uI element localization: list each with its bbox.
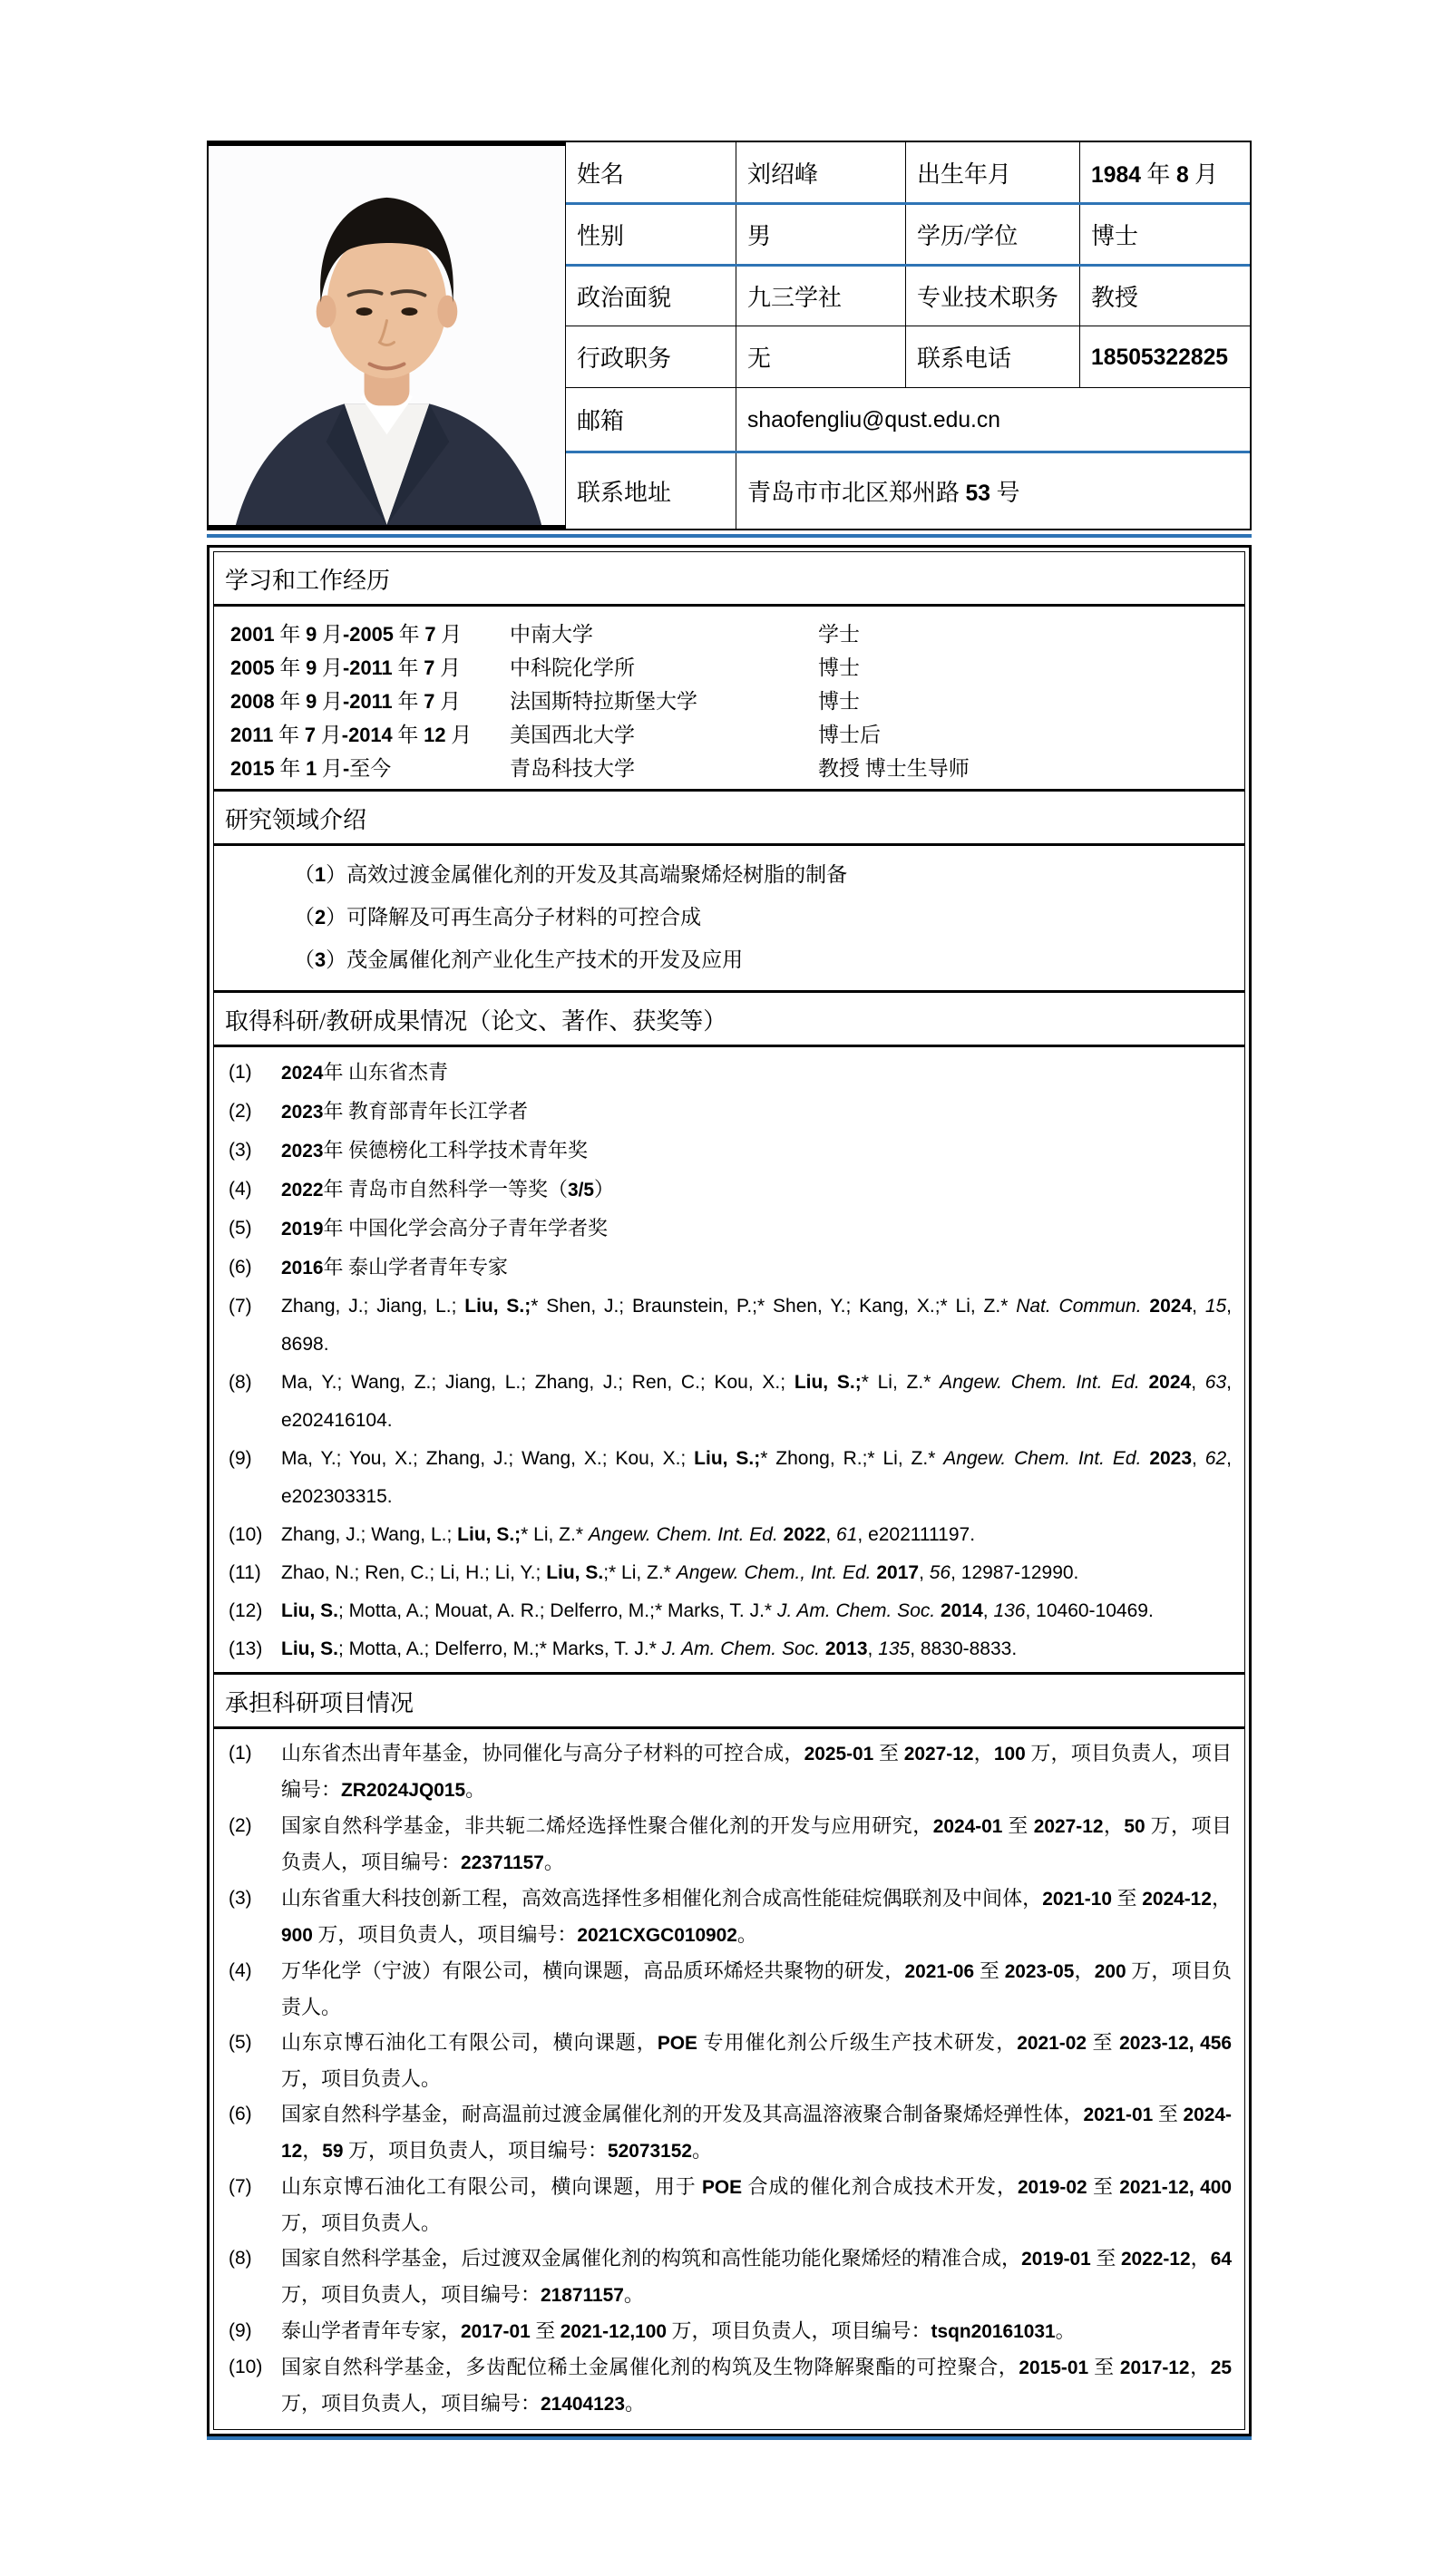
research-area-item: （3）茂金属催化剂产业化生产技术的开发及应用 [294, 938, 1230, 981]
publication-text-run: 56 [930, 1562, 950, 1583]
latin-text: 2024-12 [1142, 1889, 1212, 1910]
item-text: 国家自然科学基金，多齿配位稀土金属催化剂的构筑及生物降解聚酯的可控聚合，2015… [281, 2349, 1232, 2422]
education-period: 2005 年 9 月-2011 年 7 月 [230, 651, 510, 681]
education-degree: 博士后 [818, 718, 1230, 748]
latin-text: 2023 [281, 1102, 323, 1123]
item-number: (1) [229, 1054, 281, 1093]
latin-text: 2025-01 [804, 1744, 874, 1764]
publication-text-run: , [919, 1562, 930, 1583]
publication-text-run: , [983, 1600, 994, 1621]
item-number: (10) [229, 2349, 281, 2422]
publication-item: (12)Liu, S.; Motta, A.; Mouat, A. R.; De… [229, 1592, 1232, 1630]
publication-text-run: 2024 [1148, 1372, 1191, 1393]
item-number: (6) [229, 1249, 281, 1288]
latin-text: 2005 [230, 656, 275, 679]
latin-text: 2021-12, [1119, 2177, 1194, 2198]
project-item: (6)国家自然科学基金，耐高温前过渡金属催化剂的开发及其高温溶液聚合制备聚烯烃弹… [229, 2096, 1232, 2169]
latin-text: 2024-01 [933, 1816, 1003, 1837]
publication-text-run: Zhao, N.; Ren, C.; Li, H.; Li, Y.; [281, 1562, 546, 1583]
latin-text: shaofengliu@qust.edu.cn [747, 408, 1000, 433]
publication-text-run [1141, 1448, 1149, 1469]
publication-text-run: Ma, Y.; Wang, Z.; Jiang, L.; Zhang, J.; … [281, 1372, 794, 1393]
achievement-item: (1)2024年 山东省杰青 [229, 1054, 1232, 1093]
latin-text: 7 [305, 724, 316, 746]
education-list: 2001 年 9 月-2005 年 7 月中南大学学士2005 年 9 月-20… [214, 607, 1244, 789]
latin-text: ZR2024JQ015 [341, 1780, 465, 1801]
field-label: 邮箱 [566, 388, 736, 451]
latin-text: 200 [1095, 1961, 1126, 1982]
field-value: 18505322825 [1080, 344, 1250, 371]
field-value: shaofengliu@qust.edu.cn [736, 406, 1250, 433]
education-institution: 青岛科技大学 [510, 752, 818, 782]
item-text: 山东京博石油化工有限公司，横向课题，用于 POE 合成的催化剂合成技术开发，20… [281, 2169, 1232, 2241]
publication-item: (8)Ma, Y.; Wang, Z.; Jiang, L.; Zhang, J… [229, 1364, 1232, 1440]
blue-divider-bottom [207, 2436, 1252, 2440]
publication-text-run: Liu, S. [281, 1600, 338, 1621]
latin-text: 9 [306, 656, 317, 679]
field-value: 青岛市市北区郑州路 53 号 [736, 474, 1250, 508]
item-text: 国家自然科学基金，后过渡双金属催化剂的构筑和高性能功能化聚烯烃的精准合成，201… [281, 2241, 1232, 2313]
item-number: (4) [229, 1953, 281, 2025]
item-text: Liu, S.; Motta, A.; Delferro, M.;* Marks… [281, 1630, 1232, 1668]
item-text: 2016年 泰山学者青年专家 [281, 1249, 1232, 1288]
latin-text: 2023-05 [1005, 1961, 1075, 1982]
faculty-profile-page: 姓名刘绍峰出生年月1984 年 8 月性别男学历/学位博士政治面貌九三学社专业技… [0, 0, 1433, 2576]
project-item: (7)山东京博石油化工有限公司，横向课题，用于 POE 合成的催化剂合成技术开发… [229, 2169, 1232, 2241]
latin-text: POE [702, 2177, 742, 2198]
field-label: 行政职务 [566, 326, 736, 387]
education-degree: 教授 博士生导师 [818, 752, 1230, 782]
publication-text-run: * Shen, J.; Braunstein, P.;* Shen, Y.; K… [531, 1296, 1016, 1317]
latin-text: 2023-12, [1119, 2033, 1194, 2054]
publication-text-run: Ma, Y.; You, X.; Zhang, J.; Wang, X.; Ko… [281, 1448, 694, 1469]
project-item: (5)山东京博石油化工有限公司，横向课题，POE 专用催化剂公斤级生产技术研发，… [229, 2025, 1232, 2096]
latin-text: 1 [315, 863, 326, 886]
latin-text: 2021-02 [1017, 2033, 1087, 2054]
latin-text: 456 [1200, 2033, 1232, 2054]
publication-text-run: , [1191, 1372, 1205, 1393]
latin-text: 2021-12,100 [561, 2321, 667, 2342]
latin-text: -2011 [343, 690, 393, 713]
research-area-item: （2）可降解及可再生高分子材料的可控合成 [294, 896, 1230, 938]
latin-text: POE [658, 2033, 697, 2054]
publication-text-run: * Li, Z.* [521, 1524, 589, 1545]
latin-text: 2017-12 [1120, 2357, 1190, 2378]
achievement-item: (4)2022年 青岛市自然科学一等奖（3/5） [229, 1171, 1232, 1210]
latin-text: 2021-10 [1042, 1889, 1112, 1910]
achievements-list: (1)2024年 山东省杰青(2)2023年 教育部青年长江学者(3)2023年… [214, 1047, 1244, 1672]
latin-text: 2008 [230, 690, 275, 713]
section-header-achievements: 取得科研/教研成果情况（论文、著作、获奖等） [214, 990, 1244, 1047]
latin-text: 2016 [281, 1258, 323, 1278]
item-number: (12) [229, 1592, 281, 1630]
project-item: (10)国家自然科学基金，多齿配位稀土金属催化剂的构筑及生物降解聚酯的可控聚合，… [229, 2349, 1232, 2422]
item-number: (3) [229, 1132, 281, 1171]
field-value: 无 [736, 326, 906, 387]
cv-sections-inner: 学习和工作经历 2001 年 9 月-2005 年 7 月中南大学学士2005 … [213, 551, 1245, 2430]
field-label: 学历/学位 [906, 205, 1080, 264]
latin-text: 2019 [281, 1219, 323, 1239]
project-item: (8)国家自然科学基金，后过渡双金属催化剂的构筑和高性能功能化聚烯烃的精准合成，… [229, 2241, 1232, 2313]
latin-text: 2024 [281, 1063, 323, 1084]
table-row: 行政职务无联系电话18505322825 [566, 326, 1250, 387]
field-label: 联系地址 [566, 453, 736, 529]
achievement-item: (2)2023年 教育部青年长江学者 [229, 1093, 1232, 1132]
latin-text: 2011 [230, 724, 273, 746]
item-number: (5) [229, 2025, 281, 2096]
latin-text: 2019-02 [1018, 2177, 1087, 2198]
publication-item: (9)Ma, Y.; You, X.; Zhang, J.; Wang, X.;… [229, 1440, 1232, 1516]
education-institution: 中科院化学所 [510, 651, 818, 681]
latin-text: 25 [1211, 2357, 1232, 2378]
field-label: 政治面貌 [566, 267, 736, 326]
publication-text-run: Angew. Chem. Int. Ed. [589, 1524, 778, 1545]
education-degree: 博士 [818, 651, 1230, 681]
latin-text: 21871157 [541, 2285, 624, 2306]
project-item: (1)山东省杰出青年基金，协同催化与高分子材料的可控合成，2025-01 至 2… [229, 1735, 1232, 1808]
education-row: 2015 年 1 月-至今青岛科技大学教授 博士生导师 [230, 750, 1230, 783]
item-number: (9) [229, 1440, 281, 1516]
field-label: 专业技术职务 [906, 267, 1080, 326]
publication-text-run: * Li, Z.* [862, 1372, 940, 1393]
latin-text: 9 [306, 690, 317, 713]
publication-text-run: , 8830-8833. [910, 1638, 1017, 1659]
latin-text: - [343, 757, 349, 780]
education-row: 2005 年 9 月-2011 年 7 月中科院化学所博士 [230, 649, 1230, 683]
item-text: 山东京博石油化工有限公司，横向课题，POE 专用催化剂公斤级生产技术研发，202… [281, 2025, 1232, 2096]
field-label: 性别 [566, 205, 736, 264]
latin-text: 50 [1124, 1816, 1145, 1837]
latin-text: 7 [424, 656, 434, 679]
publication-text-run: , [825, 1524, 836, 1545]
profile-info-table: 姓名刘绍峰出生年月1984 年 8 月性别男学历/学位博士政治面貌九三学社专业技… [207, 141, 1252, 530]
education-period: 2008 年 9 月-2011 年 7 月 [230, 685, 510, 714]
item-text: Zhang, J.; Wang, L.; Liu, S.;* Li, Z.* A… [281, 1516, 1232, 1554]
latin-text: 64 [1211, 2249, 1232, 2270]
education-institution: 美国西北大学 [510, 718, 818, 748]
education-period: 2015 年 1 月-至今 [230, 752, 510, 782]
latin-text: 52073152 [608, 2141, 692, 2162]
publication-item: (10)Zhang, J.; Wang, L.; Liu, S.;* Li, Z… [229, 1516, 1232, 1554]
item-number: (2) [229, 1808, 281, 1881]
publication-text-run: 2022 [784, 1524, 826, 1545]
education-institution: 中南大学 [510, 617, 818, 647]
latin-text: 2022 [281, 1180, 323, 1201]
latin-text: -2014 [342, 724, 393, 746]
publication-text-run: , [1192, 1448, 1205, 1469]
cv-sections-box: 学习和工作经历 2001 年 9 月-2005 年 7 月中南大学学士2005 … [207, 545, 1252, 2436]
latin-text: 100 [994, 1744, 1026, 1764]
publication-item: (7)Zhang, J.; Jiang, L.; Liu, S.;* Shen,… [229, 1288, 1232, 1364]
achievement-item: (3)2023年 侯德榜化工科学技术青年奖 [229, 1132, 1232, 1171]
item-text: 山东省杰出青年基金，协同催化与高分子材料的可控合成，2025-01 至 2027… [281, 1735, 1232, 1808]
item-text: 山东省重大科技创新工程，高效高选择性多相催化剂合成高性能硅烷偶联剂及中间体，20… [281, 1881, 1232, 1953]
publication-text-run: Nat. Commun. [1016, 1296, 1141, 1317]
projects-list: (1)山东省杰出青年基金，协同催化与高分子材料的可控合成，2025-01 至 2… [214, 1729, 1244, 2425]
item-number: (5) [229, 1210, 281, 1249]
latin-text: 53 [966, 481, 990, 506]
latin-text: 2015-01 [1019, 2357, 1088, 2378]
publication-text-run: ; Motta, A.; Delferro, M.;* Marks, T. J.… [338, 1638, 662, 1659]
item-text: 2023年 教育部青年长江学者 [281, 1093, 1232, 1132]
publication-text-run: * Zhong, R.;* Li, Z.* [760, 1448, 943, 1469]
publication-text-run: 2013 [825, 1638, 868, 1659]
field-value: 1984 年 8 月 [1080, 156, 1250, 190]
latin-text: 9 [306, 623, 317, 646]
publication-text-run: 63 [1205, 1372, 1226, 1393]
publication-text-run: 2023 [1149, 1448, 1192, 1469]
profile-fields: 姓名刘绍峰出生年月1984 年 8 月性别男学历/学位博士政治面貌九三学社专业技… [566, 142, 1250, 529]
publication-text-run: 135 [878, 1638, 910, 1659]
achievement-item: (5)2019年 中国化学会高分子青年学者奖 [229, 1210, 1232, 1249]
education-row: 2001 年 9 月-2005 年 7 月中南大学学士 [230, 616, 1230, 649]
table-row: 姓名刘绍峰出生年月1984 年 8 月 [566, 142, 1250, 202]
field-label: 联系电话 [906, 326, 1080, 387]
latin-text: 7 [424, 690, 434, 713]
latin-text: 1 [306, 757, 317, 780]
latin-text: 2021-06 [904, 1961, 974, 1982]
item-text: 万华化学（宁波）有限公司，横向课题，高品质环烯烃共聚物的研发，2021-06 至… [281, 1953, 1232, 2025]
field-label: 姓名 [566, 142, 736, 202]
section-header-experience: 学习和工作经历 [214, 552, 1244, 607]
publication-text-run: J. Am. Chem. Soc. [777, 1600, 935, 1621]
item-text: 国家自然科学基金，非共轭二烯烃选择性聚合催化剂的开发与应用研究，2024-01 … [281, 1808, 1232, 1881]
latin-text: 2001 [230, 623, 275, 646]
item-text: 2024年 山东省杰青 [281, 1054, 1232, 1093]
publication-text-run: Liu, S.; [694, 1448, 760, 1469]
publication-item: (13)Liu, S.; Motta, A.; Delferro, M.;* M… [229, 1630, 1232, 1668]
item-text: 国家自然科学基金，耐高温前过渡金属催化剂的开发及其高温溶液聚合制备聚烯烃弹性体，… [281, 2096, 1232, 2169]
publication-text-run: Liu, S.; [457, 1524, 521, 1545]
latin-text: 400 [1200, 2177, 1232, 2198]
publication-text-run: Zhang, J.; Wang, L.; [281, 1524, 457, 1545]
table-row: 联系地址青岛市市北区郑州路 53 号 [566, 451, 1250, 529]
item-text: Ma, Y.; Wang, Z.; Jiang, L.; Zhang, J.; … [281, 1364, 1232, 1440]
item-number: (1) [229, 1735, 281, 1808]
item-text: 2019年 中国化学会高分子青年学者奖 [281, 1210, 1232, 1249]
item-text: Liu, S.; Motta, A.; Mouat, A. R.; Delfer… [281, 1592, 1232, 1630]
field-label: 出生年月 [906, 142, 1080, 202]
section-header-research-areas: 研究领域介绍 [214, 789, 1244, 846]
latin-text: 2015 [230, 757, 275, 780]
item-number: (13) [229, 1630, 281, 1668]
section-header-projects: 承担科研项目情况 [214, 1672, 1244, 1729]
item-number: (11) [229, 1554, 281, 1592]
publication-text-run: 62 [1205, 1448, 1226, 1469]
latin-text: 2022-12 [1121, 2249, 1191, 2270]
publication-text-run: , 12987-12990. [950, 1562, 1078, 1583]
publication-text-run: 2024 [1149, 1296, 1192, 1317]
latin-text: 2023 [281, 1141, 323, 1162]
item-number: (7) [229, 2169, 281, 2241]
latin-text: 21404123 [541, 2394, 625, 2415]
publication-text-run: , 10460-10469. [1025, 1600, 1153, 1621]
publication-text-run: Liu, S.; [464, 1296, 531, 1317]
project-item: (4)万华化学（宁波）有限公司，横向课题，高品质环烯烃共聚物的研发，2021-0… [229, 1953, 1232, 2025]
publication-text-run: , [1192, 1296, 1205, 1317]
latin-text: 3/5 [568, 1180, 594, 1201]
portrait-photo [209, 142, 566, 529]
education-period: 2011 年 7 月-2014 年 12 月 [230, 718, 510, 748]
item-number: (3) [229, 1881, 281, 1953]
blue-divider-top-table [207, 534, 1252, 538]
latin-text: 3 [315, 948, 326, 971]
item-number: (9) [229, 2313, 281, 2349]
latin-text: 2027-12 [1034, 1816, 1104, 1837]
item-number: (8) [229, 1364, 281, 1440]
latin-text: 900 [281, 1925, 313, 1946]
achievement-item: (6)2016年 泰山学者青年专家 [229, 1249, 1232, 1288]
field-value: 博士 [1080, 218, 1250, 251]
item-text: Zhao, N.; Ren, C.; Li, H.; Li, Y.; Liu, … [281, 1554, 1232, 1592]
latin-text: 1984 [1091, 163, 1141, 188]
publication-text-run: Angew. Chem. Int. Ed. [940, 1372, 1140, 1393]
field-value: 男 [736, 205, 906, 264]
latin-text: -2011 [343, 656, 393, 679]
education-row: 2011 年 7 月-2014 年 12 月美国西北大学博士后 [230, 716, 1230, 750]
latin-text: 22371157 [461, 1852, 544, 1873]
item-text: 泰山学者青年专家，2017-01 至 2021-12,100 万，项目负责人，项… [281, 2313, 1232, 2349]
publication-text-run: Angew. Chem., Int. Ed. [677, 1562, 872, 1583]
publication-text-run: 61 [836, 1524, 857, 1545]
education-row: 2008 年 9 月-2011 年 7 月法国斯特拉斯堡大学博士 [230, 683, 1230, 716]
table-row: 性别男学历/学位博士 [566, 202, 1250, 264]
latin-text: 12 [424, 724, 445, 746]
publication-text-run: 2014 [941, 1600, 983, 1621]
latin-text: 8 [1176, 163, 1189, 188]
education-period: 2001 年 9 月-2005 年 7 月 [230, 617, 510, 647]
research-area-item: （1）高效过渡金属催化剂的开发及其高端聚烯烃树脂的制备 [294, 853, 1230, 896]
project-item: (3)山东省重大科技创新工程，高效高选择性多相催化剂合成高性能硅烷偶联剂及中间体… [229, 1881, 1232, 1953]
latin-text: 7 [424, 623, 435, 646]
latin-text: tsqn20161031 [931, 2321, 1056, 2342]
field-value: 九三学社 [736, 267, 906, 326]
item-number: (4) [229, 1171, 281, 1210]
latin-text: 2021CXGC010902 [577, 1925, 737, 1946]
publication-text-run: Liu, S.; [794, 1372, 862, 1393]
latin-text: -2005 [343, 623, 394, 646]
publication-text-run: 136 [993, 1600, 1025, 1621]
item-text: Ma, Y.; You, X.; Zhang, J.; Wang, X.; Ko… [281, 1440, 1232, 1516]
latin-text: 2019-01 [1021, 2249, 1091, 2270]
publication-item: (11)Zhao, N.; Ren, C.; Li, H.; Li, Y.; L… [229, 1554, 1232, 1592]
publication-text-run: Zhang, J.; Jiang, L.; [281, 1296, 464, 1317]
item-text: 2022年 青岛市自然科学一等奖（3/5） [281, 1171, 1232, 1210]
item-number: (7) [229, 1288, 281, 1364]
item-number: (10) [229, 1516, 281, 1554]
project-item: (2)国家自然科学基金，非共轭二烯烃选择性聚合催化剂的开发与应用研究，2024-… [229, 1808, 1232, 1881]
publication-text-run: Liu, S. [546, 1562, 603, 1583]
item-text: 2023年 侯德榜化工科学技术青年奖 [281, 1132, 1232, 1171]
publication-text-run: , e202111197. [857, 1524, 975, 1545]
item-text: Zhang, J.; Jiang, L.; Liu, S.;* Shen, J.… [281, 1288, 1232, 1364]
table-row: 邮箱shaofengliu@qust.edu.cn [566, 387, 1250, 451]
field-value: 教授 [1080, 279, 1250, 313]
publication-text-run: , [868, 1638, 879, 1659]
latin-text: 2017-01 [461, 2321, 531, 2342]
latin-text: 18505322825 [1091, 345, 1228, 370]
education-degree: 博士 [818, 685, 1230, 714]
publication-text-run: 2017 [876, 1562, 919, 1583]
item-number: (8) [229, 2241, 281, 2313]
project-item: (9)泰山学者青年专家，2017-01 至 2021-12,100 万，项目负责… [229, 2313, 1232, 2349]
publication-text-run: ; Motta, A.; Mouat, A. R.; Delferro, M.;… [338, 1600, 777, 1621]
publication-text-run: Liu, S. [281, 1638, 338, 1659]
latin-text: 2 [315, 906, 326, 928]
publication-text-run: J. Am. Chem. Soc. [662, 1638, 820, 1659]
publication-text-run: ;* Li, Z.* [603, 1562, 677, 1583]
education-institution: 法国斯特拉斯堡大学 [510, 685, 818, 714]
table-row: 政治面貌九三学社专业技术职务教授 [566, 264, 1250, 326]
latin-text: 59 [322, 2141, 343, 2162]
publication-text-run: 15 [1205, 1296, 1226, 1317]
latin-text: 2027-12 [904, 1744, 974, 1764]
item-number: (2) [229, 1093, 281, 1132]
item-number: (6) [229, 2096, 281, 2169]
latin-text: 2021-01 [1084, 2105, 1154, 2125]
education-degree: 学士 [818, 617, 1230, 647]
publication-text-run: Angew. Chem. Int. Ed. [943, 1448, 1141, 1469]
field-value: 刘绍峰 [736, 142, 906, 202]
research-areas-list: （1）高效过渡金属催化剂的开发及其高端聚烯烃树脂的制备（2）可降解及可再生高分子… [214, 846, 1244, 990]
portrait-photo-image [209, 146, 565, 525]
